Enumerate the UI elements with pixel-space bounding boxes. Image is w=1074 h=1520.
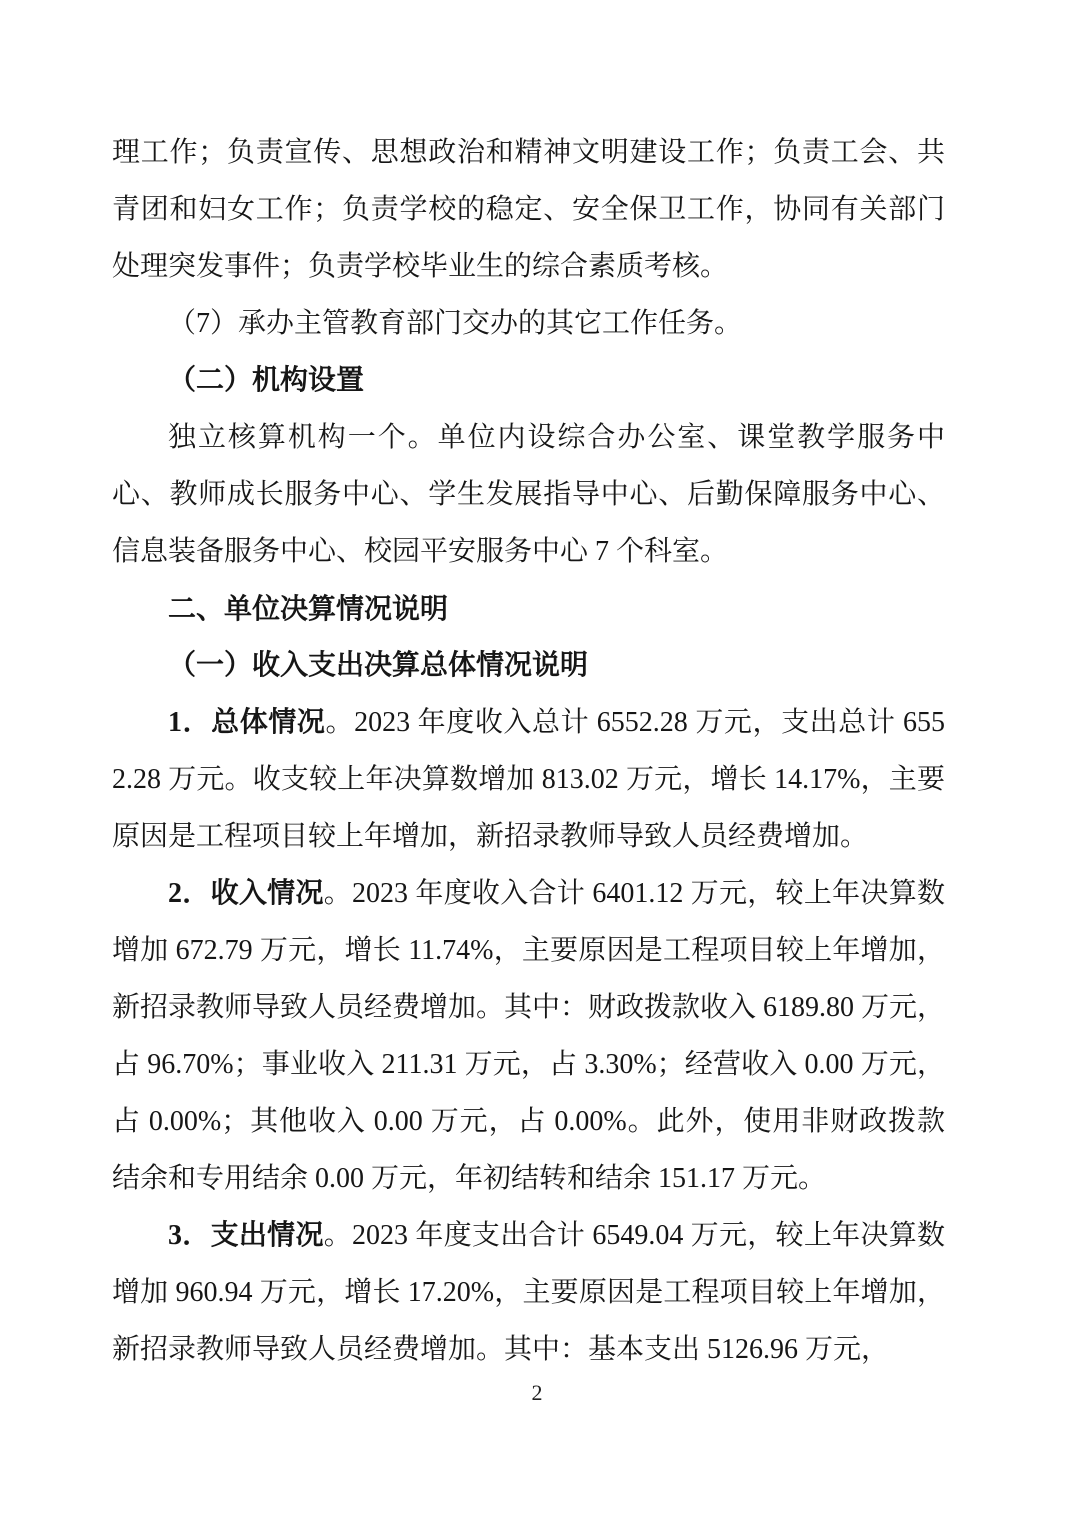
page-number: 2 [0,1378,1074,1408]
document-page: 理工作；负责宣传、思想政治和精神文明建设工作；负责工会、共青团和妇女工作；负责学… [0,0,1074,1520]
paragraph-item-7: （7）承办主管教育部门交办的其它工作任务。 [112,295,945,352]
document-content: 理工作；负责宣传、思想政治和精神文明建设工作；负责工会、共青团和妇女工作；负责学… [112,124,945,1378]
paragraph-overall-situation: 1．总体情况。2023 年度收入总计 6552.28 万元，支出总计 6552.… [112,694,945,865]
heading-sub-1-income-expense-overview: （一）收入支出决算总体情况说明 [112,637,945,694]
paragraph-duties-continuation: 理工作；负责宣传、思想政治和精神文明建设工作；负责工会、共青团和妇女工作；负责学… [112,124,945,295]
paragraph-overall-lead: 1．总体情况 [168,707,326,738]
paragraph-income-lead: 2．收入情况 [168,878,324,909]
paragraph-income-situation: 2．收入情况。2023 年度收入合计 6401.12 万元，较上年决算数增加 6… [112,865,945,1207]
paragraph-org-setup: 独立核算机构一个。单位内设综合办公室、课堂教学服务中心、教师成长服务中心、学生发… [112,409,945,580]
heading-section-2-budget-statement: 二、单位决算情况说明 [112,580,945,637]
paragraph-expense-situation: 3．支出情况。2023 年度支出合计 6549.04 万元，较上年决算数增加 9… [112,1207,945,1378]
paragraph-expense-lead: 3．支出情况 [168,1220,324,1251]
paragraph-income-text: 。2023 年度收入合计 6401.12 万元，较上年决算数增加 672.79 … [112,878,945,1194]
heading-org-setup: （二）机构设置 [112,352,945,409]
